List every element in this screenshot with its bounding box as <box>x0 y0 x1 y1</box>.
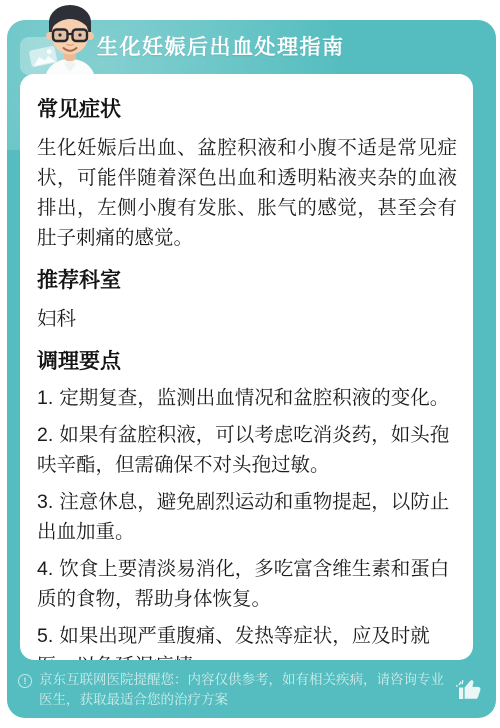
department-value: 妇科 <box>37 304 457 334</box>
care-point-text: 如果出现严重腹痛、发热等症状，应及时就医，以免延误病情。 <box>37 625 430 660</box>
footer: ! 京东互联网医院提醒您：内容仅供参考，如有相关疾病，请咨询专业医生，获取最适合… <box>18 670 484 710</box>
care-point-item-4: 4.饮食上要清淡易消化，多吃富含维生素和蛋白质的食物，帮助身体恢复。 <box>37 554 457 614</box>
care-point-text: 饮食上要清淡易消化，多吃富含维生素和蛋白质的食物，帮助身体恢复。 <box>37 558 449 610</box>
care-point-item-3: 3.注意休息，避免剧烈运动和重物提起，以防止出血加重。 <box>37 487 457 547</box>
care-point-number: 5. <box>37 625 53 647</box>
section-heading-common-symptoms: 常见症状 <box>37 96 457 124</box>
symptoms-paragraph: 生化妊娠后出血、盆腔积液和小腹不适是常见症状，可能伴随着深色出血和透明粘液夹杂的… <box>37 133 457 253</box>
section-heading-recommended-department: 推荐科室 <box>37 267 457 295</box>
page: 生化妊娠后出血处理指南 常见症状 生化妊娠后出血、盆腔积液和小腹不适是常见症状，… <box>0 0 500 728</box>
section-heading-care-points: 调理要点 <box>37 348 457 376</box>
care-point-number: 2. <box>37 424 53 446</box>
care-point-text: 定期复查，监测出血情况和盆腔积液的变化。 <box>59 387 449 409</box>
disclaimer-text: 京东互联网医院提醒您：内容仅供参考，如有相关疾病，请咨询专业医生，获取最适合您的… <box>39 670 450 710</box>
page-title: 生化妊娠后出血处理指南 <box>97 31 345 61</box>
care-point-text: 注意休息，避免剧烈运动和重物提起，以防止出血加重。 <box>37 491 449 543</box>
care-point-item-1: 1.定期复查，监测出血情况和盆腔积液的变化。 <box>37 383 457 413</box>
thumbs-up-icon[interactable] <box>456 675 484 703</box>
care-point-number: 1. <box>37 387 53 409</box>
care-point-number: 3. <box>37 491 53 513</box>
care-point-text: 如果有盆腔积液，可以考虑吃消炎药，如头孢呋辛酯，但需确保不对头孢过敏。 <box>37 424 449 476</box>
content-card: 常见症状 生化妊娠后出血、盆腔积液和小腹不适是常见症状，可能伴随着深色出血和透明… <box>20 74 473 660</box>
care-point-number: 4. <box>37 558 53 580</box>
info-icon: ! <box>18 674 32 688</box>
care-point-item-5: 5.如果出现严重腹痛、发热等症状，应及时就医，以免延误病情。 <box>37 621 457 660</box>
care-point-item-2: 2.如果有盆腔积液，可以考虑吃消炎药，如头孢呋辛酯，但需确保不对头孢过敏。 <box>37 420 457 480</box>
